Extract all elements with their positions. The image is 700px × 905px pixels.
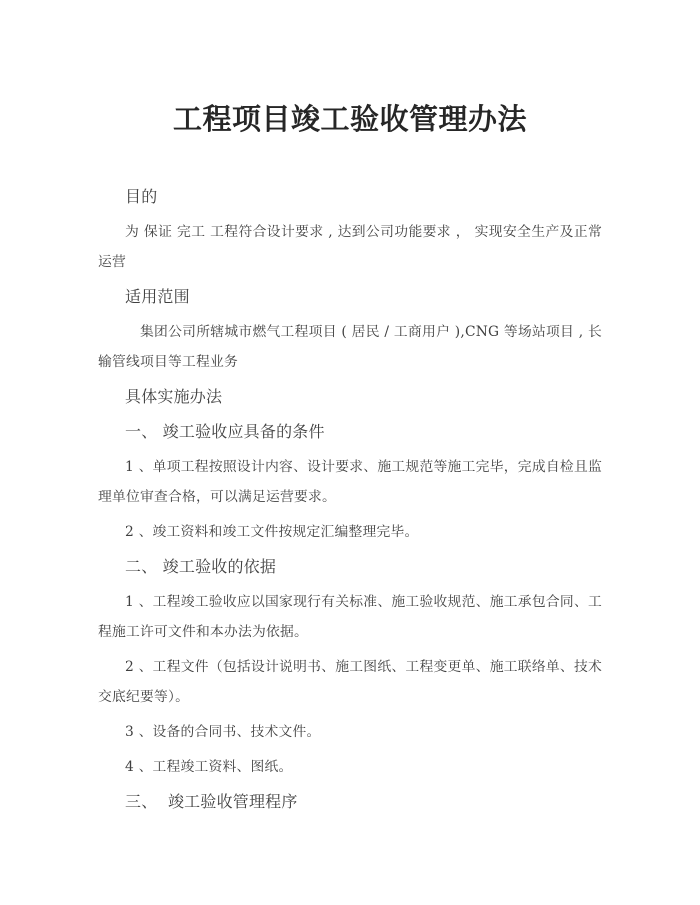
para-section-2-item-2: 2 、工程文件（包括设计说明书、施工图纸、工程变更单、施工联络单、技术交底纪要等… [98, 652, 602, 712]
para-section-2-item-1: 1 、工程竣工验收应以国家现行有关标准、施工验收规范、施工承包合同、工程施工许可… [98, 587, 602, 647]
heading-section-1-conditions: 一、 竣工验收应具备的条件 [98, 417, 602, 447]
heading-purpose: 目的 [98, 182, 602, 212]
document-content: 工程项目竣工验收管理办法 目的 为 保证 完工 工程符合设计要求 , 达到公司功… [0, 0, 700, 817]
heading-section-3-procedure: 三、 竣工验收管理程序 [98, 787, 602, 817]
heading-scope: 适用范围 [98, 282, 602, 312]
para-section-1-item-2: 2 、竣工资料和竣工文件按规定汇编整理完毕。 [98, 517, 602, 547]
document-page: 工程项目竣工验收管理办法 目的 为 保证 完工 工程符合设计要求 , 达到公司功… [0, 0, 700, 905]
page-title: 工程项目竣工验收管理办法 [98, 102, 602, 137]
heading-implementation: 具体实施办法 [98, 382, 602, 412]
heading-section-2-basis: 二、 竣工验收的依据 [98, 552, 602, 582]
para-section-1-item-1: 1 、单项工程按照设计内容、设计要求、施工规范等施工完毕，完成自检且监理单位审查… [98, 452, 602, 512]
para-section-2-item-4: 4 、工程竣工资料、图纸。 [98, 752, 602, 782]
para-scope-body: 集团公司所辖城市燃气工程项目 ( 居民 / 工商用户 ),CNG 等场站项目 ,… [98, 317, 602, 377]
para-section-2-item-3: 3 、设备的合同书、技术文件。 [98, 717, 602, 747]
para-purpose-body: 为 保证 完工 工程符合设计要求 , 达到公司功能要求 ， 实现安全生产及正常运… [98, 217, 602, 277]
